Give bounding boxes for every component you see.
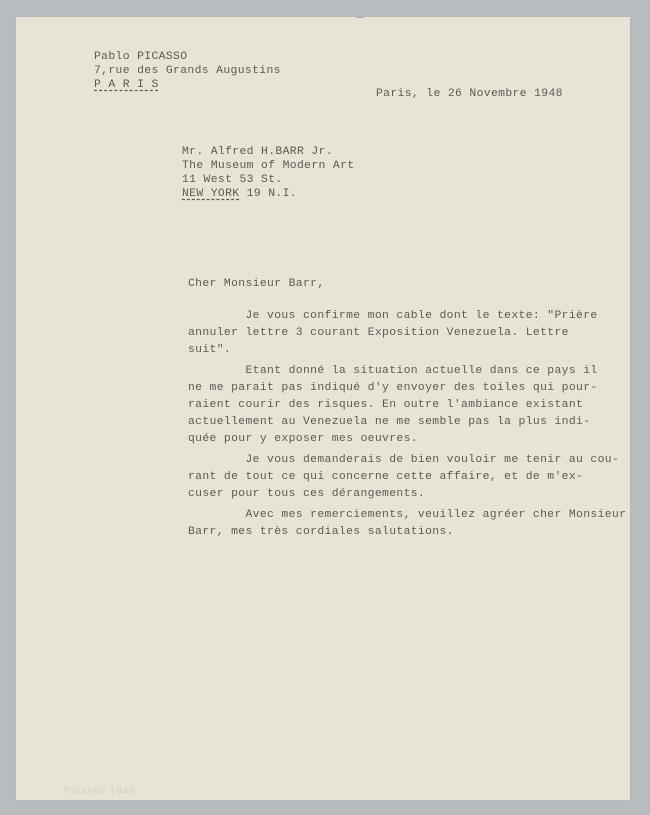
archive-stamp: Picasso 1948: [64, 786, 136, 797]
sender-city: P A R I S: [94, 78, 159, 92]
body-line: quée pour y exposer mes oeuvres.: [188, 432, 418, 446]
sender-name: Pablo PICASSO: [94, 50, 187, 64]
body-line: suit".: [188, 343, 231, 357]
body-line: ne me parait pas indiqué d'y envoyer des…: [188, 381, 598, 395]
body-line: rant de tout ce qui concerne cette affai…: [188, 470, 583, 484]
recipient-city-rest: 19 N.I.: [239, 188, 296, 200]
salutation: Cher Monsieur Barr,: [188, 277, 325, 291]
body-line: Je vous demanderais de bien vouloir me t…: [188, 453, 619, 467]
sender-address: 7,rue des Grands Augustins: [94, 64, 281, 78]
paper-mark: [356, 17, 364, 21]
recipient-line-3: 11 West 53 St.: [182, 173, 283, 187]
body-line: Barr, mes très cordiales salutations.: [188, 525, 454, 539]
body-line: annuler lettre 3 courant Exposition Vene…: [188, 326, 569, 340]
date-line: Paris, le 26 Novembre 1948: [376, 87, 563, 101]
body-line: raient courir des risques. En outre l'am…: [188, 398, 583, 412]
body-line: cuser pour tous ces dérangements.: [188, 487, 425, 501]
body-line: Je vous confirme mon cable dont le texte…: [188, 309, 598, 323]
recipient-city: NEW YORK: [182, 188, 239, 200]
body-line: actuellement au Venezuela ne me semble p…: [188, 415, 590, 429]
recipient-line-2: The Museum of Modern Art: [182, 159, 354, 173]
body-line: Avec mes remerciements, veuillez agréer …: [188, 508, 626, 522]
recipient-city-line: NEW YORK 19 N.I.: [182, 187, 297, 201]
body-line: Etant donné la situation actuelle dans c…: [188, 364, 598, 378]
recipient-line-1: Mr. Alfred H.BARR Jr.: [182, 145, 333, 159]
